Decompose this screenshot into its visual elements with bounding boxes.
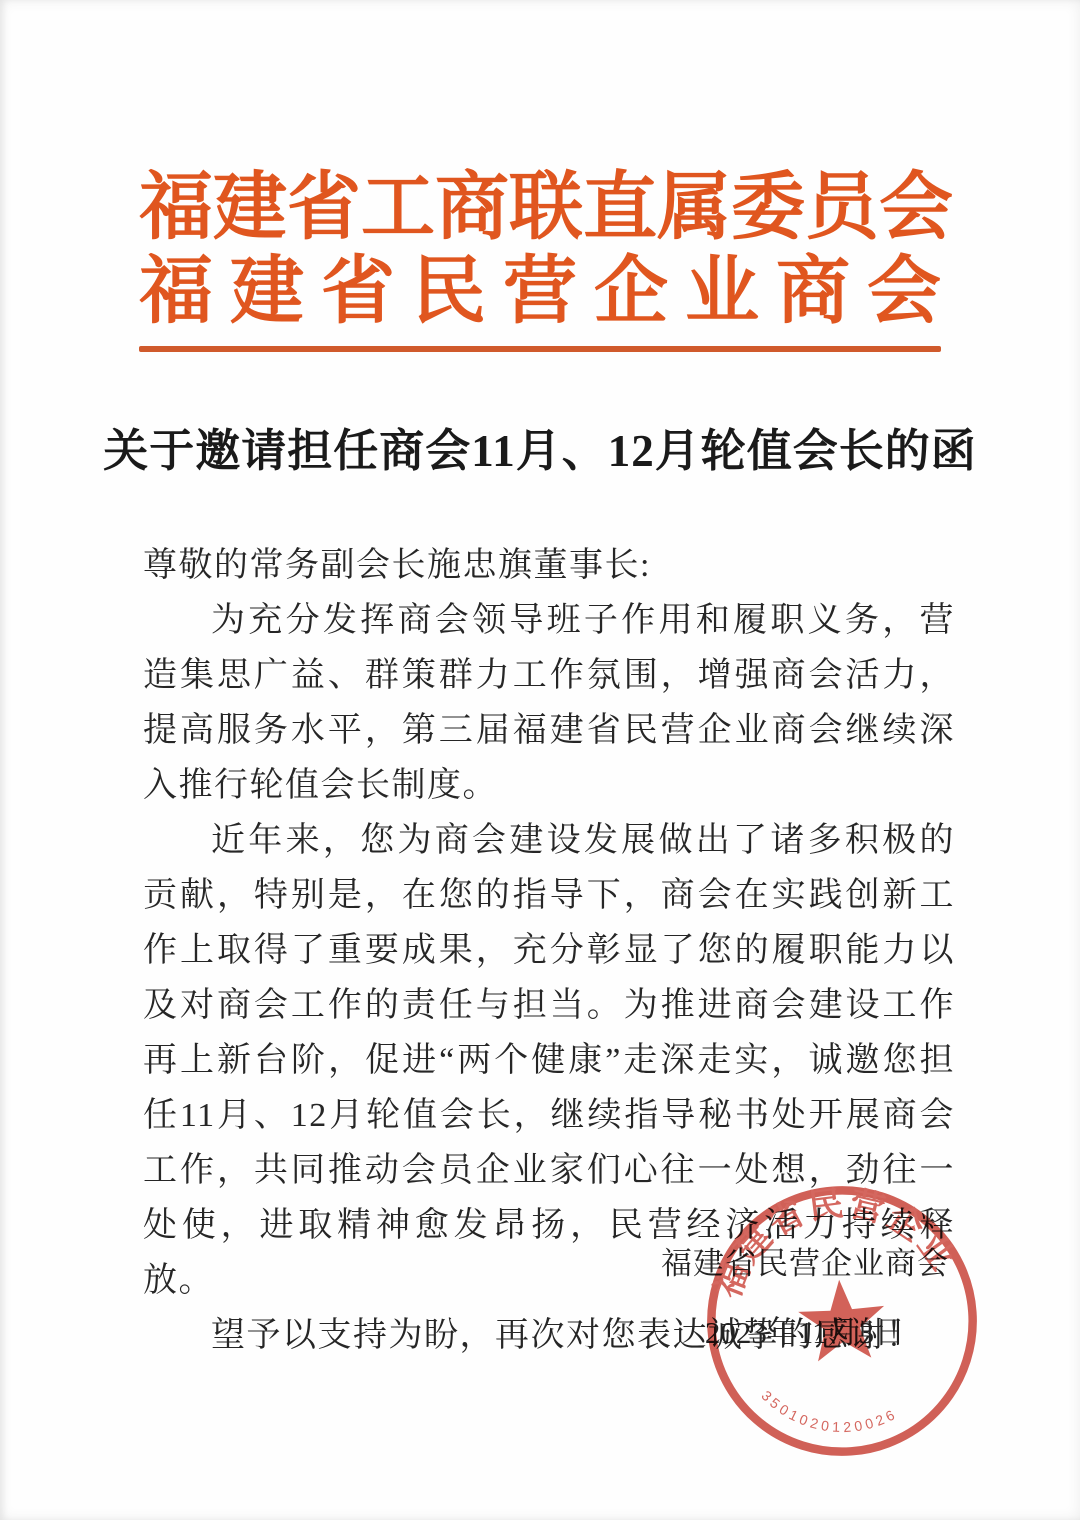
paragraph-1: 为充分发挥商会领导班子作用和履职义务，营造集思广益、群策群力工作氛围，增强商会活… bbox=[143, 593, 955, 813]
seal-number: 3501020120026 bbox=[758, 1378, 902, 1441]
signature-block: 福建省民营企业商会 2023年11月3日 bbox=[660, 1238, 950, 1352]
letterhead-line2: 福建省民营企业商会 bbox=[139, 250, 941, 334]
signature-org: 福建省民营企业商会 bbox=[661, 1238, 949, 1283]
letterhead-line1: 福建省工商联直属委员会 bbox=[139, 166, 941, 250]
document-page: 福建省工商联直属委员会 福建省民营企业商会 关于邀请担任商会11月、12月轮值会… bbox=[0, 0, 1080, 1520]
paragraph-2: 近年来，您为商会建设发展做出了诸多积极的贡献，特别是，在您的指导下，商会在实践创… bbox=[143, 813, 955, 1308]
letterhead: 福建省工商联直属委员会 福建省民营企业商会 bbox=[139, 0, 941, 352]
salutation: 尊敬的常务副会长施忠旗董事长: bbox=[143, 538, 955, 593]
document-title: 关于邀请担任商会11月、12月轮值会长的函 bbox=[90, 414, 990, 479]
letterhead-divider bbox=[139, 346, 941, 352]
signature-date: 2023年11月3日 bbox=[705, 1307, 905, 1352]
